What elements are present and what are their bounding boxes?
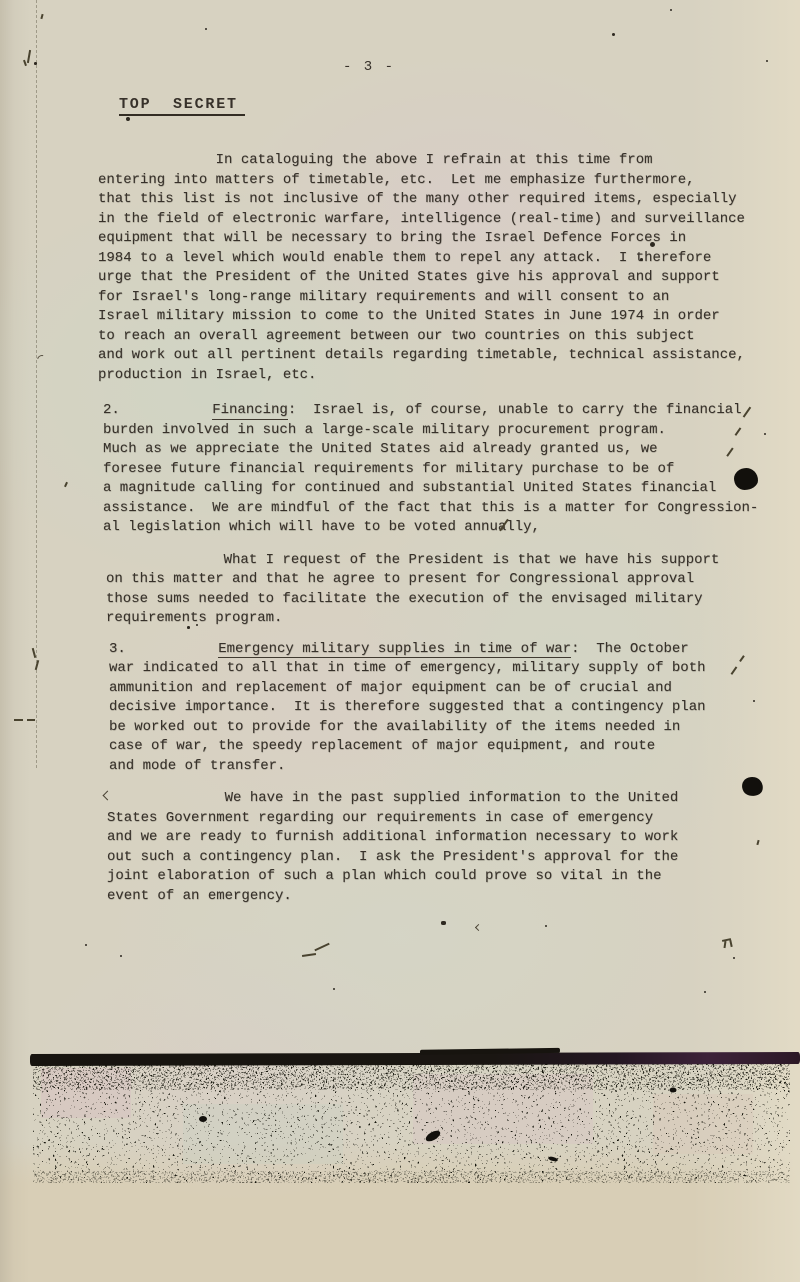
pen-mark [34,62,37,65]
ink-speck [733,957,735,959]
pen-mark [27,50,31,63]
ink-speck [545,925,547,927]
classification-label: TOP SECRET [119,96,245,116]
ink-speck [753,700,755,702]
section-heading-financing: Financing [212,402,288,420]
scan-noise-band [33,1064,790,1188]
paragraph-financing: 2. Financing: Israel is, of course, unab… [98,401,792,538]
ink-speck [126,117,130,121]
pen-mark [729,940,732,947]
ink-speck [704,991,706,993]
paragraph-intro: In cataloguing the above I refrain at th… [98,151,792,385]
classification-stamp: TOP SECRET [119,96,245,113]
paragraph-number: 2. [103,402,212,418]
ink-speck [670,9,672,11]
ink-speck [205,28,207,30]
pen-mark [35,353,49,367]
ink-speck [640,258,643,261]
pen-mark [40,14,43,19]
document-page: - 3 - TOP SECRET In cataloguing the abov… [0,0,800,1282]
pen-mark [27,719,35,721]
pen-mark [475,924,482,931]
section-heading-emergency: Emergency military supplies in time of w… [218,641,571,659]
ink-speck [85,944,87,946]
ink-speck [764,433,766,435]
paragraph-past-info: We have in the past supplied information… [98,789,792,906]
paragraph-text: : Israel is, of course, unable to carry … [103,402,758,535]
paragraph-text: : The October war indicated to all that … [109,641,706,774]
document-body: In cataloguing the above I refrain at th… [98,151,792,906]
ink-speck [196,624,198,626]
ink-speck [120,955,122,957]
ink-speck [441,921,446,925]
ink-speck [650,242,655,247]
page-number: - 3 - [343,59,395,75]
ink-speck [766,60,768,62]
pen-stroke [302,953,316,957]
ink-blot [734,468,758,490]
pen-mark [64,482,68,487]
ink-speck [612,33,615,36]
pen-mark [23,60,26,66]
ink-speck [187,626,190,629]
paragraph-number: 3. [109,641,218,657]
pen-mark [14,719,23,721]
pen-stroke [314,943,329,951]
ink-speck [333,988,335,990]
pen-mark [724,941,727,948]
margin-guide-line [36,0,37,768]
paragraph-request: What I request of the President is that … [98,551,792,629]
paragraph-emergency: 3. Emergency military supplies in time o… [98,640,792,777]
